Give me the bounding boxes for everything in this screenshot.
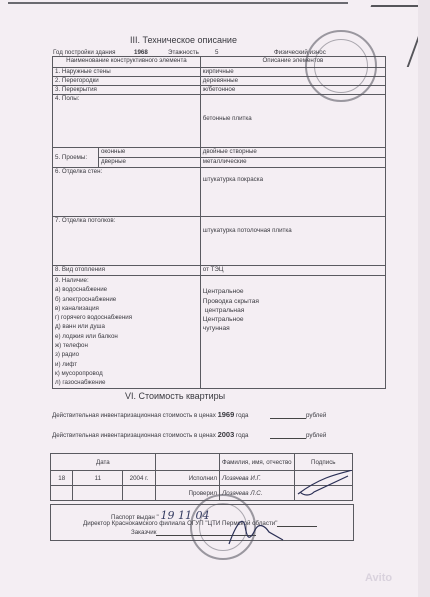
row-desc: бетонные плитка xyxy=(200,95,385,148)
availability-desc: Центральное xyxy=(203,287,383,296)
cost-line-1: Действительная инвентаризационная стоимо… xyxy=(52,410,248,419)
section-title: III. Техническое описание xyxy=(130,35,237,45)
executor-name: Лозачева И.Г. xyxy=(220,471,295,486)
cost1-label: Действительная инвентаризационная стоимо… xyxy=(52,412,216,419)
date-header: Дата xyxy=(51,454,156,471)
customer-label: Заказчик xyxy=(131,529,156,536)
sub-name: оконные xyxy=(98,148,200,158)
cost1-suffix: года xyxy=(236,412,248,419)
row-name: 8. Вид отопления xyxy=(53,266,201,276)
availability-item: з) радио xyxy=(55,350,198,359)
fio-header: Фамилия, имя, отчество xyxy=(220,454,295,471)
header-name: Наименование конструктивного элемента xyxy=(53,57,201,68)
floors-label: Этажность xyxy=(168,49,199,56)
currency-label: рублей xyxy=(306,432,326,439)
row-desc: штукатурка покраска xyxy=(200,168,385,217)
availability-names: 9. Наличие: а) водоснабжение б) электрос… xyxy=(53,276,201,389)
tech-table: Наименование конструктивного элемента Оп… xyxy=(52,56,386,389)
availability-item: л) газоснабжение xyxy=(55,378,198,387)
availability-item: б) электроснабжение xyxy=(55,295,198,304)
availability-desc: Центральное xyxy=(203,315,383,324)
executor-label: Исполнил xyxy=(155,471,219,486)
cost2-amount: рублей xyxy=(270,430,326,439)
month: 11 xyxy=(73,471,123,486)
availability-item: в) канализация xyxy=(55,304,198,313)
sub-desc: металлические xyxy=(200,158,385,168)
page-edge xyxy=(8,2,348,4)
availability-desc: центральная xyxy=(203,306,383,315)
availability-desc: Проводка скрытая xyxy=(203,297,383,306)
page-right-edge xyxy=(418,0,430,597)
availability-title: 9. Наличие: xyxy=(55,276,198,285)
availability-item: к) мусоропровод xyxy=(55,369,198,378)
row-name: 3. Перекрытия xyxy=(53,86,201,95)
availability-item: д) ванн или душа xyxy=(55,322,198,331)
floors-value: 5 xyxy=(215,49,218,56)
cost2-suffix: года xyxy=(236,432,248,439)
row-desc: от ТЭЦ xyxy=(200,266,385,276)
availability-item: г) горячего водоснабжения xyxy=(55,313,198,322)
availability-item: и) лифт xyxy=(55,360,198,369)
availability-desc: чугунная xyxy=(203,324,383,333)
year: 2004 г. xyxy=(123,471,156,486)
availability-item: е) лоджия или балкон xyxy=(55,332,198,341)
availability-item: а) водоснабжение xyxy=(55,285,198,294)
row-name: 6. Отделка стен: xyxy=(53,168,201,217)
sign-header: Подпись xyxy=(294,454,352,471)
cost-section-title: VI. Стоимость квартиры xyxy=(125,391,225,401)
cost-line-2: Действительная инвентаризационная стоимо… xyxy=(52,430,248,439)
row-name: 1. Наружные стены xyxy=(53,68,201,77)
availability-item: ж) телефон xyxy=(55,341,198,350)
availability-descs: Центральное Проводка скрытая центральная… xyxy=(200,276,385,389)
row-name: 5. Проемы: xyxy=(53,148,99,168)
cost1-amount: рублей xyxy=(270,410,326,419)
row-name: 2. Перегородки xyxy=(53,77,201,86)
row-name: 7. Отделка потолков: xyxy=(53,217,201,266)
avito-watermark: Avito xyxy=(365,572,392,584)
director-signature xyxy=(225,512,285,552)
year-label: Год постройки здания xyxy=(53,49,116,56)
day: 18 xyxy=(51,471,73,486)
signature-scribble xyxy=(296,470,356,500)
year-value: 1968 xyxy=(134,49,148,56)
cost2-year: 2003 xyxy=(218,430,235,439)
sub-name: дверные xyxy=(98,158,200,168)
row-desc: штукатурка потолочная плитка xyxy=(200,217,385,266)
currency-label: рублей xyxy=(306,412,326,419)
sub-desc: двойные створные xyxy=(200,148,385,158)
row-name: 4. Полы: xyxy=(53,95,201,148)
cost1-year: 1969 xyxy=(218,410,235,419)
round-stamp-top xyxy=(305,30,377,102)
cost2-label: Действительная инвентаризационная стоимо… xyxy=(52,432,216,439)
